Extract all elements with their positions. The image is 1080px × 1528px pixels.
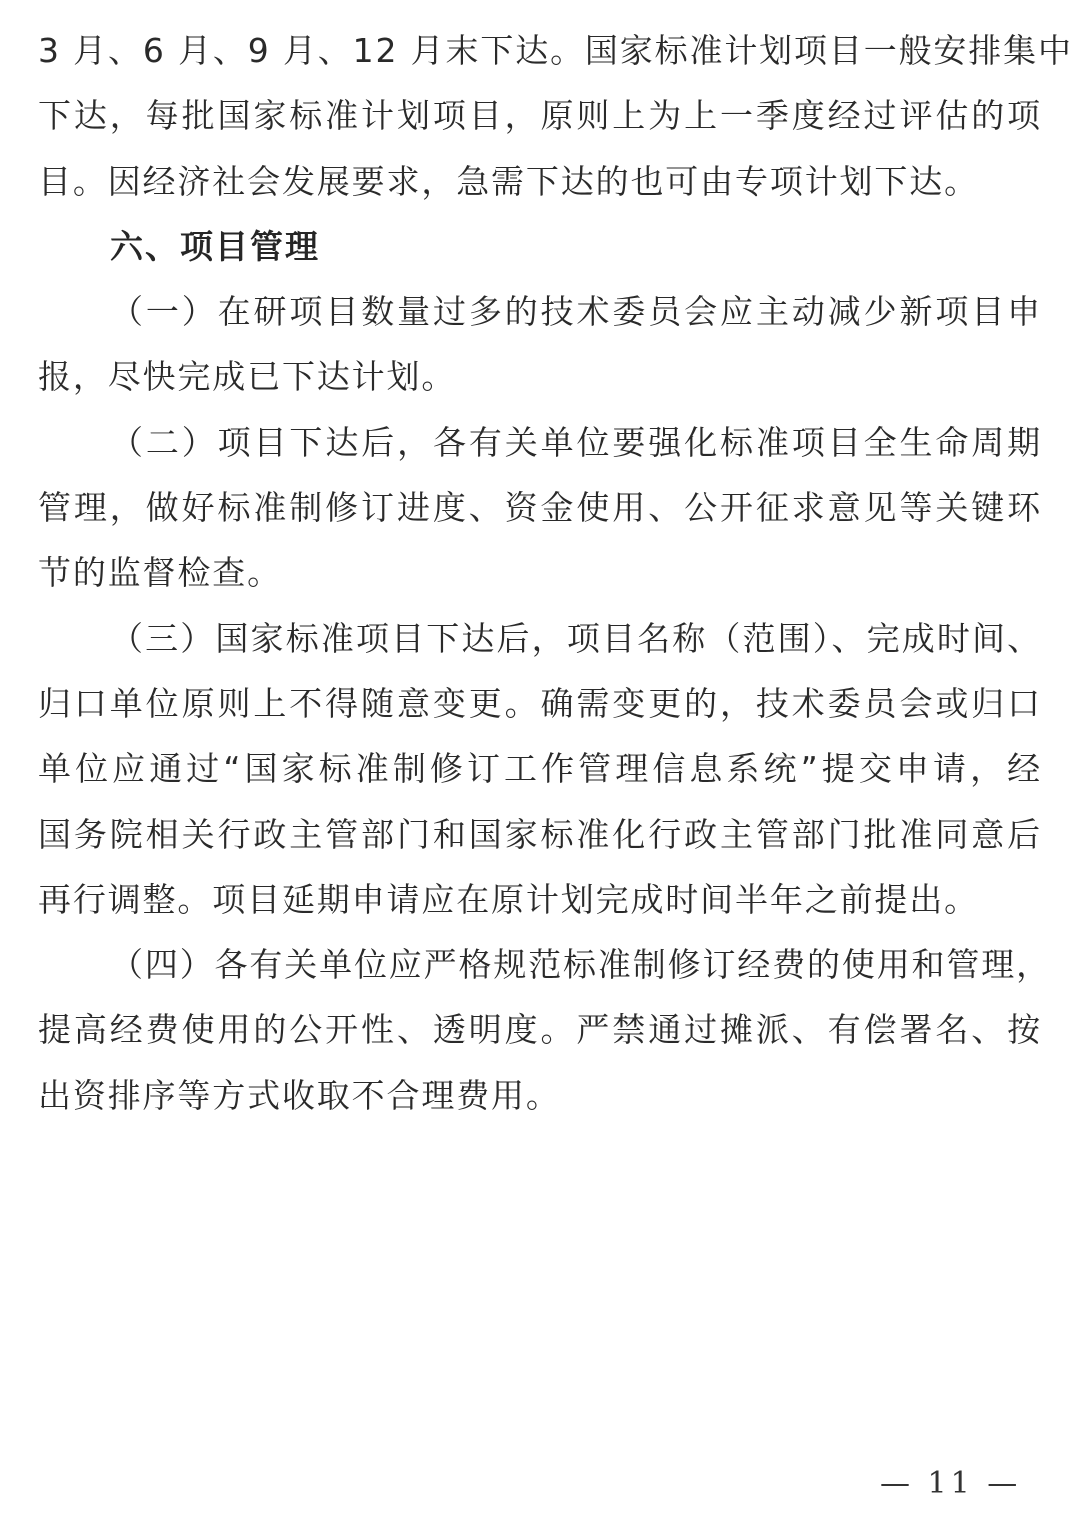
text-line: 归口单位原则上不得随意变更。确需变更的，技术委员会或归口	[38, 671, 1042, 736]
text-line: 出资排序等方式收取不合理费用。	[38, 1063, 1042, 1128]
text-line: （一）在研项目数量过多的技术委员会应主动减少新项目申	[38, 279, 1042, 344]
section-heading: 六、项目管理	[38, 214, 1042, 279]
paragraph-item-2: （二）项目下达后，各有关单位要强化标准项目全生命周期 管理，做好标准制修订进度、…	[38, 410, 1042, 606]
text-line: 3 月、6 月、9 月、12 月末下达。国家标准计划项目一般安排集中	[38, 18, 1042, 83]
text-line: 再行调整。项目延期申请应在原计划完成时间半年之前提出。	[38, 867, 1042, 932]
text-line: 目。因经济社会发展要求，急需下达的也可由专项计划下达。	[38, 149, 1042, 214]
text-line: （四）各有关单位应严格规范标准制修订经费的使用和管理，	[38, 932, 1042, 997]
paragraph-item-4: （四）各有关单位应严格规范标准制修订经费的使用和管理， 提高经费使用的公开性、透…	[38, 932, 1042, 1128]
text-line: 国务院相关行政主管部门和国家标准化行政主管部门批准同意后	[38, 802, 1042, 867]
text-line: （三）国家标准项目下达后，项目名称（范围）、完成时间、	[38, 606, 1042, 671]
text-line: 管理，做好标准制修订进度、资金使用、公开征求意见等关键环	[38, 475, 1042, 540]
continuation-paragraph: 3 月、6 月、9 月、12 月末下达。国家标准计划项目一般安排集中 下达，每批…	[38, 18, 1042, 214]
paragraph-item-1: （一）在研项目数量过多的技术委员会应主动减少新项目申 报，尽快完成已下达计划。	[38, 279, 1042, 410]
text-line: （二）项目下达后，各有关单位要强化标准项目全生命周期	[38, 410, 1042, 475]
document-page: 3 月、6 月、9 月、12 月末下达。国家标准计划项目一般安排集中 下达，每批…	[38, 18, 1042, 1128]
text-line: 下达，每批国家标准计划项目，原则上为上一季度经过评估的项	[38, 83, 1042, 148]
text-line: 提高经费使用的公开性、透明度。严禁通过摊派、有偿署名、按	[38, 997, 1042, 1062]
paragraph-item-3: （三）国家标准项目下达后，项目名称（范围）、完成时间、 归口单位原则上不得随意变…	[38, 606, 1042, 932]
text-line: 单位应通过“国家标准制修订工作管理信息系统”提交申请，经	[38, 736, 1042, 801]
text-line: 节的监督检查。	[38, 540, 1042, 605]
text-line: 报，尽快完成已下达计划。	[38, 344, 1042, 409]
page-number: — 11 —	[880, 1466, 1021, 1501]
